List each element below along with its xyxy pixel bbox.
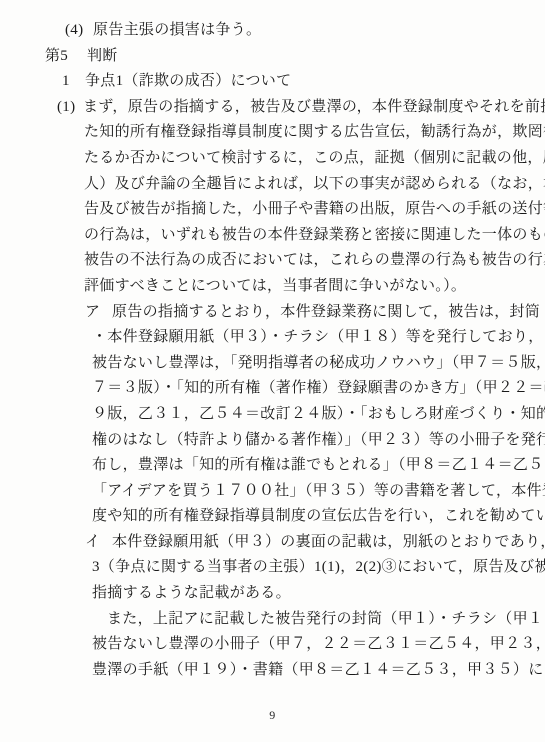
line-text: 原告の指摘するとおり，本件登録業務に関して，被告は，封筒（甲１） [112,304,545,320]
text-line: 被告ないし豊澤は，「発明指導者の秘成功ノウハウ」（甲７＝５版，甲３ [0,351,545,377]
line-text: 本件登録願用紙（甲３）の裏面の記載は，別紙のとおりであり，前記第 [112,534,545,550]
text-line: 指摘するような記載がある。 [0,581,545,607]
line-text: ・本件登録願用紙（甲３）・チラシ（甲１８）等を発行しており，また， [92,329,545,345]
line-text: 被告ないし豊澤は，「発明指導者の秘成功ノウハウ」（甲７＝５版，甲３ [92,355,545,371]
document-page: (4)原告主張の損害は争う。第5判断1争点1（詐欺の成否）について(1)まず，原… [0,0,545,742]
text-line: 被告の不法行為の成否においては，これらの豊澤の行為も被告の行為として [0,248,545,274]
line-marker: イ [85,530,112,556]
text-line: 第5判断 [0,44,545,70]
line-marker: 1 [62,69,85,95]
line-text: 判断 [87,48,118,64]
text-line: 1争点1（詐欺の成否）について [0,69,545,95]
line-text: ７＝３版）・「知的所有権（著作権）登録願書のかき方」（甲２２＝改訂 [92,380,545,396]
line-text: 指摘するような記載がある。 [92,585,291,601]
line-text: 告及び被告が指摘した，小冊子や書籍の出版，原告への手紙の送付等の豊澤 [84,201,545,217]
text-line: 被告ないし豊澤の小冊子（甲７，２２＝乙３１＝乙５４，甲２３，３７）， [0,632,545,658]
text-line: 度や知的所有権登録指導員制度の宣伝広告を行い，これを勧めている。 [0,504,545,530]
text-line: たるか否かについて検討するに，この点，証拠（個別に記載の他，原告本 [0,146,545,172]
text-line: 権のはなし（特許より儲かる著作権）」（甲２３）等の小冊子を発行・頒 [0,428,545,454]
text-line: (1)まず，原告の指摘する，被告及び豊澤の，本件登録制度やそれを前提とし [0,95,545,121]
line-text: 原告主張の損害は争う。 [93,22,261,38]
text-line: 「アイデアを買う１７００社」（甲３５）等の書籍を著して，本件登録制 [0,479,545,505]
text-line: (4)原告主張の損害は争う。 [0,18,545,44]
line-text: た知的所有権登録指導員制度に関する広告宣伝，勧誘行為が，欺罔行為にあ [84,124,545,140]
line-text: 度や知的所有権登録指導員制度の宣伝広告を行い，これを勧めている。 [92,508,545,524]
text-line: ９版，乙３１，乙５４＝改訂２４版）・「おもしろ財産づくり・知的所有 [0,402,545,428]
text-line: ・本件登録願用紙（甲３）・チラシ（甲１８）等を発行しており，また， [0,325,545,351]
text-line: た知的所有権登録指導員制度に関する広告宣伝，勧誘行為が，欺罔行為にあ [0,120,545,146]
text-line: 評価すべきことについては，当事者間に争いがない。）。 [0,274,545,300]
line-text: 豊澤の手紙（甲１９）・書籍（甲８＝乙１４＝乙５３，甲３５）には，前 [92,662,545,678]
line-text: 被告の不法行為の成否においては，これらの豊澤の行為も被告の行為として [84,252,545,268]
line-text: 被告ないし豊澤の小冊子（甲７，２２＝乙３１＝乙５４，甲２３，３７）， [92,636,545,652]
line-text: 3（争点に関する当事者の主張）1(1)，2(2)③において，原告及び被告が [92,559,545,575]
line-marker: (4) [65,18,93,44]
line-text: の行為は，いずれも被告の本件登録業務と密接に関連した一体のものであり， [84,227,545,243]
text-line: ア原告の指摘するとおり，本件登録業務に関して，被告は，封筒（甲１） [0,300,545,326]
line-marker: ア [85,300,112,326]
text-line: 人）及び弁論の全趣旨によれば，以下の事実が認められる（なお，本件で原 [0,172,545,198]
text-line: ７＝３版）・「知的所有権（著作権）登録願書のかき方」（甲２２＝改訂 [0,376,545,402]
line-text: 権のはなし（特許より儲かる著作権）」（甲２３）等の小冊子を発行・頒 [92,432,545,448]
line-text: 人）及び弁論の全趣旨によれば，以下の事実が認められる（なお，本件で原 [84,176,545,192]
line-marker: 第5 [45,44,87,70]
line-text: まず，原告の指摘する，被告及び豊澤の，本件登録制度やそれを前提とし [83,99,545,115]
text-line: 布し，豊澤は「知的所有権は誰でもとれる」（甲８＝乙１４＝乙５３）・ [0,453,545,479]
text-line: 3（争点に関する当事者の主張）1(1)，2(2)③において，原告及び被告が [0,555,545,581]
document-text-block: (4)原告主張の損害は争う。第5判断1争点1（詐欺の成否）について(1)まず，原… [0,18,545,683]
page-number: 9 [0,708,545,722]
line-text: 布し，豊澤は「知的所有権は誰でもとれる」（甲８＝乙１４＝乙５３）・ [92,457,545,473]
line-marker: (1) [57,95,83,121]
line-text: たるか否かについて検討するに，この点，証拠（個別に記載の他，原告本 [84,150,545,166]
line-text: ９版，乙３１，乙５４＝改訂２４版）・「おもしろ財産づくり・知的所有 [92,406,545,422]
line-text: 争点1（詐欺の成否）について [85,73,291,89]
text-line: の行為は，いずれも被告の本件登録業務と密接に関連した一体のものであり， [0,223,545,249]
text-line: イ本件登録願用紙（甲３）の裏面の記載は，別紙のとおりであり，前記第 [0,530,545,556]
text-line: 告及び被告が指摘した，小冊子や書籍の出版，原告への手紙の送付等の豊澤 [0,197,545,223]
line-text: 評価すべきことについては，当事者間に争いがない。）。 [84,278,466,294]
line-text: また，上記アに記載した被告発行の封筒（甲１）・チラシ（甲１８）や， [107,611,545,627]
text-line: 豊澤の手紙（甲１９）・書籍（甲８＝乙１４＝乙５３，甲３５）には，前 [0,658,545,684]
line-text: 「アイデアを買う１７００社」（甲３５）等の書籍を著して，本件登録制 [92,483,545,499]
text-line: また，上記アに記載した被告発行の封筒（甲１）・チラシ（甲１８）や， [0,607,545,633]
